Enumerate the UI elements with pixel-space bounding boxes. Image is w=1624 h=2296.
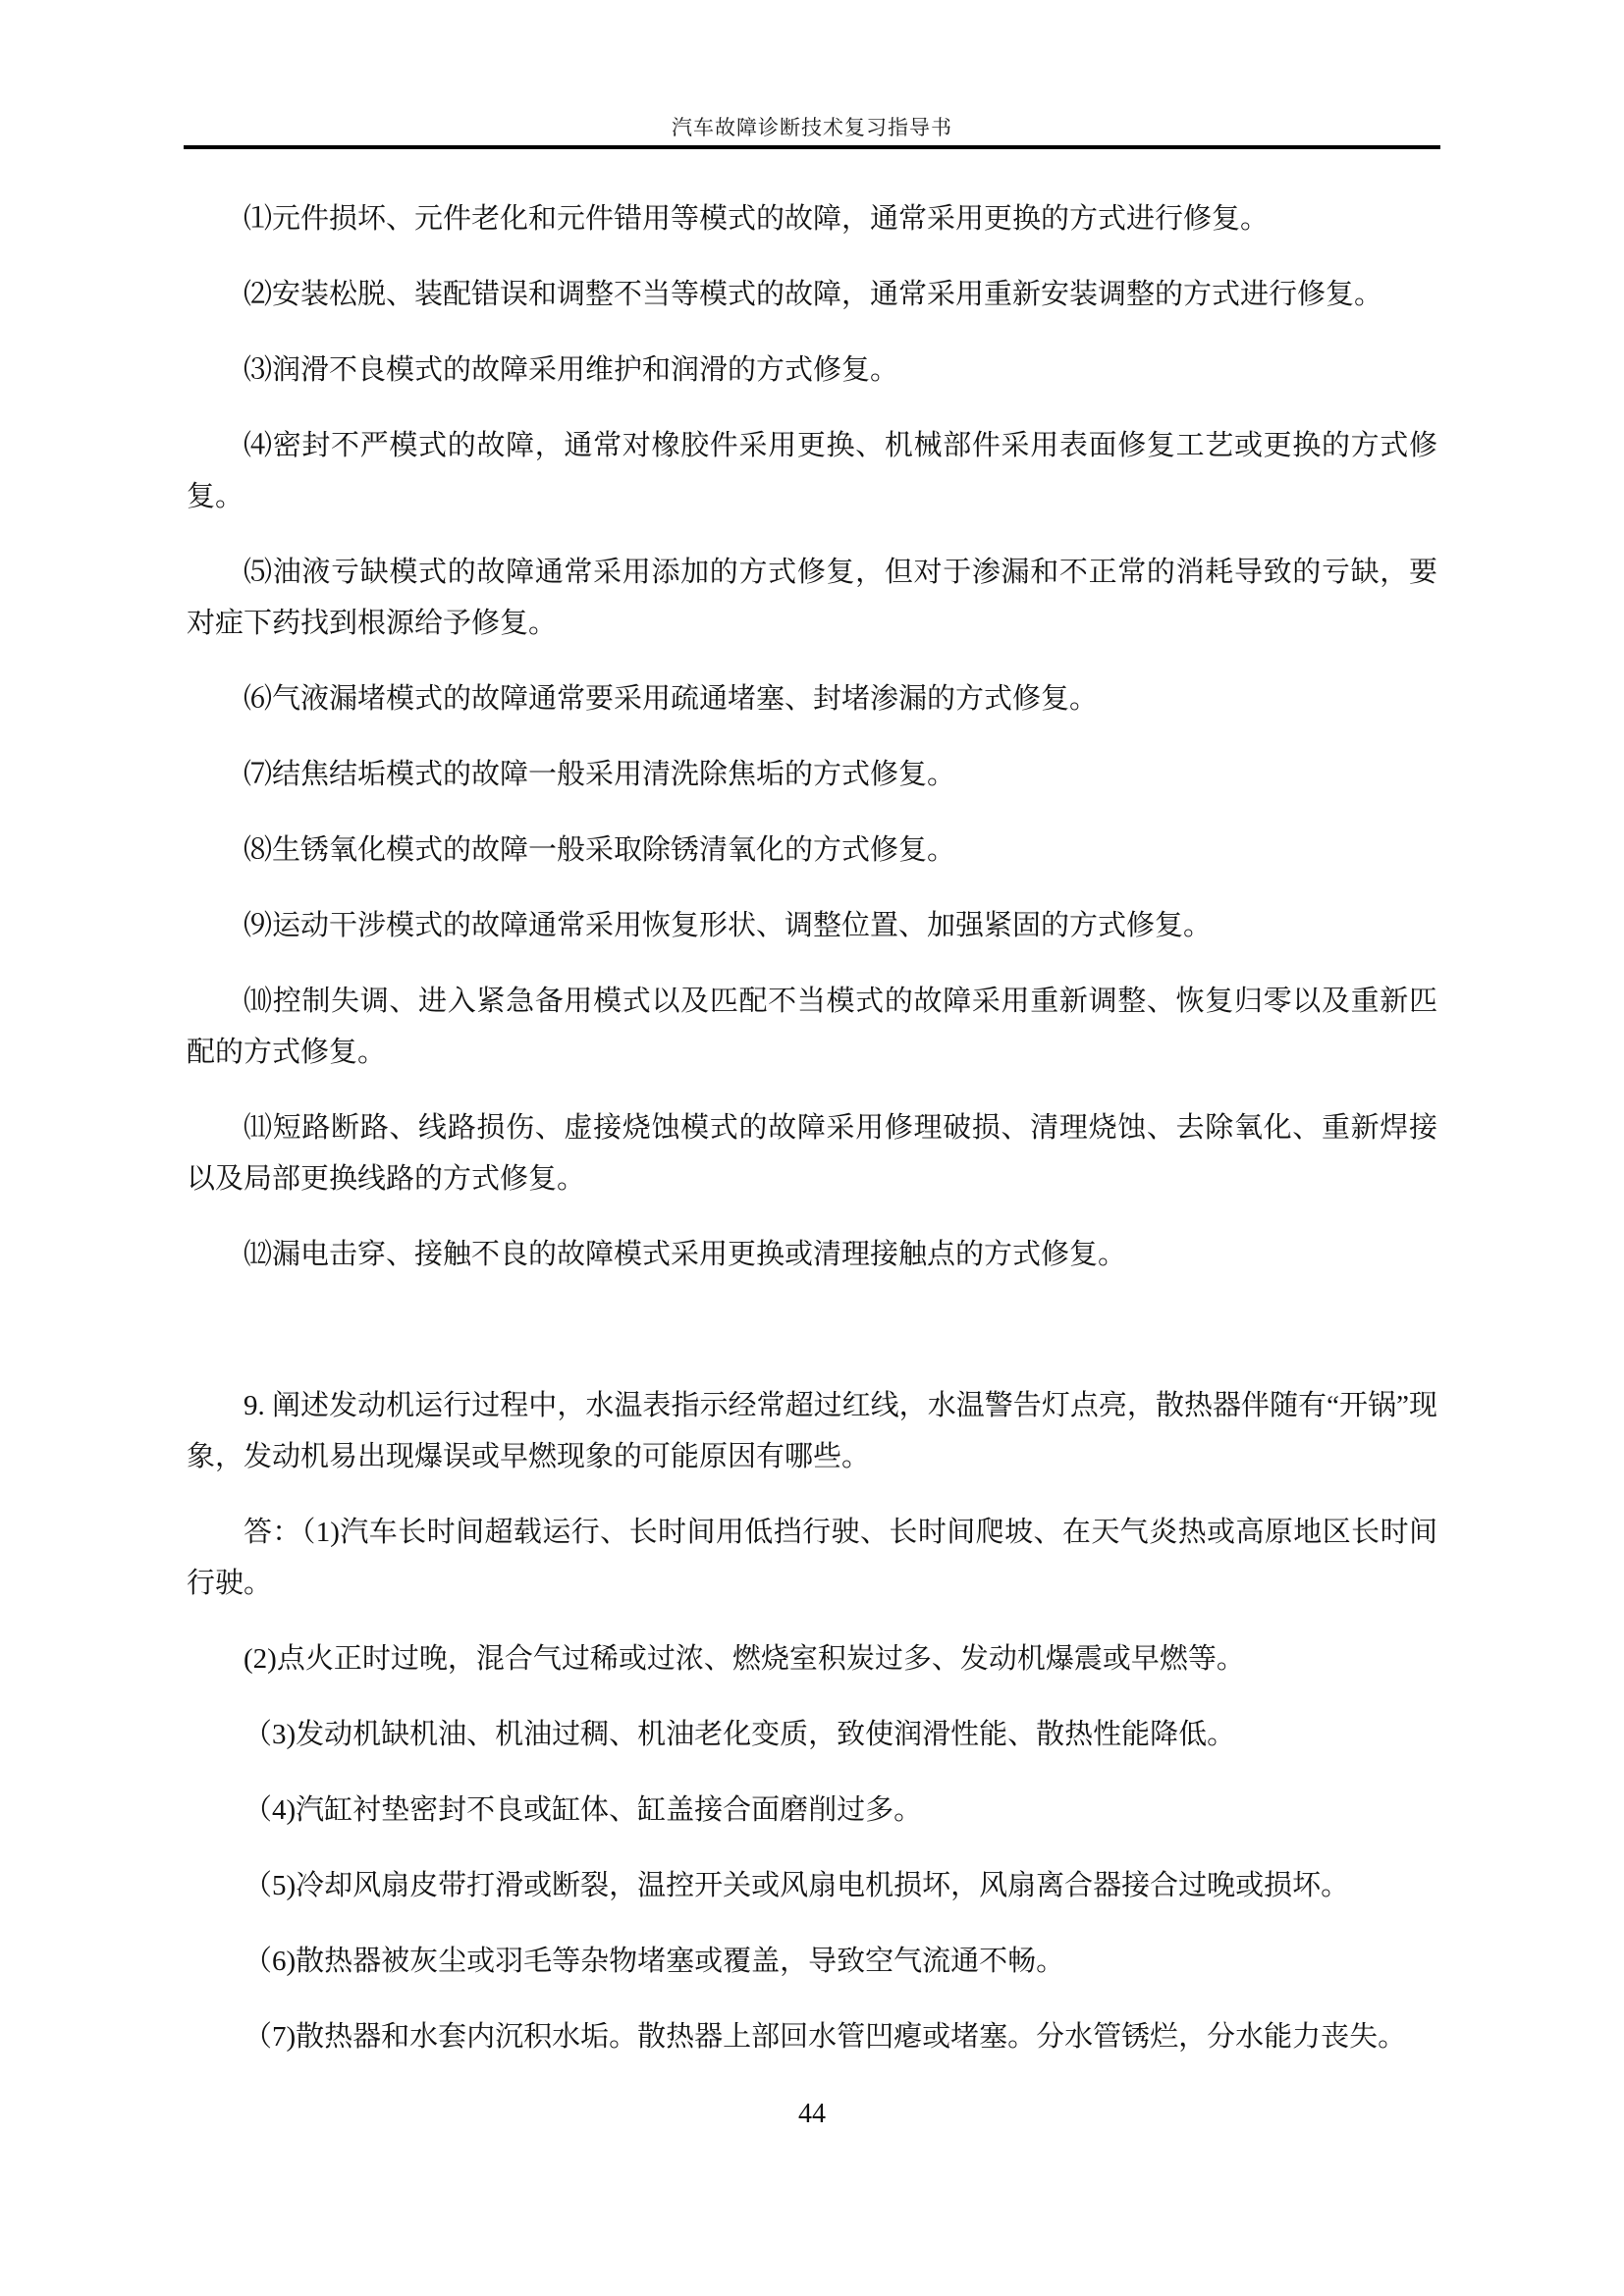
page-header: 汽车故障诊断技术复习指导书 [0,0,1624,149]
repair-item: ⑶润滑不良模式的故障采用维护和润滑的方式修复。 [187,345,1437,396]
item-text: 点火正时过晚，混合气过稀或过浓、燃烧室积炭过多、发动机爆震或早燃等。 [277,1643,1245,1675]
question-text: 阐述发动机运行过程中，水温表指示经常超过红线，水温警告灯点亮，散热器伴随有“开锅… [187,1390,1437,1472]
item-number: （6) [244,1946,296,1977]
item-number: ⑹ [244,683,272,715]
item-text: 生锈氧化模式的故障一般采取除锈清氧化的方式修复。 [272,834,955,866]
repair-item: ⑹气液漏堵模式的故障通常要采用疏通堵塞、封堵渗漏的方式修复。 [187,673,1437,724]
item-number: （4) [244,1794,296,1826]
item-number: ⑶ [244,354,272,386]
item-number: ⑸ [244,557,273,588]
item-number: ⑵ [244,279,272,310]
item-number: ⑼ [244,910,272,941]
header-title: 汽车故障诊断技术复习指导书 [0,115,1624,140]
document-page: 汽车故障诊断技术复习指导书 ⑴元件损坏、元件老化和元件错用等模式的故障，通常采用… [0,0,1624,2296]
item-text: 散热器被灰尘或羽毛等杂物堵塞或覆盖，导致空气流通不畅。 [296,1946,1064,1977]
item-number: （3) [244,1719,296,1750]
item-text: 油液亏缺模式的故障通常采用添加的方式修复，但对于渗漏和不正常的消耗导致的亏缺，要… [187,557,1437,639]
item-number: ⑿ [244,1239,272,1270]
page-content: ⑴元件损坏、元件老化和元件错用等模式的故障，通常采用更换的方式进行修复。 ⑵安装… [187,193,1437,2062]
answer-item: （7)散热器和水套内沉积水垢。散热器上部回水管凹瘪或堵塞。分水管锈烂，分水能力丧… [187,2011,1437,2062]
repair-item: ⑼运动干涉模式的故障通常采用恢复形状、调整位置、加强紧固的方式修复。 [187,900,1437,951]
item-text: 结焦结垢模式的故障一般采用清洗除焦垢的方式修复。 [272,759,955,790]
answer-item: （6)散热器被灰尘或羽毛等杂物堵塞或覆盖，导致空气流通不畅。 [187,1936,1437,1987]
repair-item: ⑾短路断路、线路损伤、虚接烧蚀模式的故障采用修理破损、清理烧蚀、去除氧化、重新焊… [187,1102,1437,1204]
item-text: 元件损坏、元件老化和元件错用等模式的故障，通常采用更换的方式进行修复。 [272,203,1269,235]
blank-line [187,1305,1437,1356]
item-text: 控制失调、进入紧急备用模式以及匹配不当模式的故障采用重新调整、恢复归零以及重新匹… [187,986,1437,1068]
answer-item: 答：（1)汽车长时间超载运行、长时间用低挡行驶、长时间爬坡、在天气炎热或高原地区… [187,1507,1437,1609]
item-number: （1) [301,1517,340,1548]
item-number: ⑾ [244,1112,273,1144]
item-number: ⑺ [244,759,272,790]
item-number: ⑻ [244,834,272,866]
repair-item: ⑺结焦结垢模式的故障一般采用清洗除焦垢的方式修复。 [187,749,1437,800]
item-number: （5) [244,1870,296,1901]
item-text: 运动干涉模式的故障通常采用恢复形状、调整位置、加强紧固的方式修复。 [272,910,1212,941]
item-text: 密封不严模式的故障，通常对橡胶件采用更换、机械部件采用表面修复工艺或更换的方式修… [187,430,1437,512]
item-number: ⑷ [244,430,273,461]
item-text: 发动机缺机油、机油过稠、机油老化变质，致使润滑性能、散热性能降低。 [296,1719,1235,1750]
repair-item: ⑵安装松脱、装配错误和调整不当等模式的故障，通常采用重新安装调整的方式进行修复。 [187,269,1437,320]
answer-item: (2)点火正时过晚，混合气过稀或过浓、燃烧室积炭过多、发动机爆震或早燃等。 [187,1633,1437,1684]
item-text: 气液漏堵模式的故障通常要采用疏通堵塞、封堵渗漏的方式修复。 [272,683,1098,715]
repair-item: ⑻生锈氧化模式的故障一般采取除锈清氧化的方式修复。 [187,825,1437,876]
item-text: 散热器和水套内沉积水垢。散热器上部回水管凹瘪或堵塞。分水管锈烂，分水能力丧失。 [296,2021,1406,2053]
item-text: 安装松脱、装配错误和调整不当等模式的故障，通常采用重新安装调整的方式进行修复。 [272,279,1382,310]
answer-item: （3)发动机缺机油、机油过稠、机油老化变质，致使润滑性能、散热性能降低。 [187,1709,1437,1760]
item-number: ⑴ [244,203,272,235]
repair-item: ⑽控制失调、进入紧急备用模式以及匹配不当模式的故障采用重新调整、恢复归零以及重新… [187,976,1437,1078]
item-text: 润滑不良模式的故障采用维护和润滑的方式修复。 [272,354,898,386]
item-text: 汽缸衬垫密封不良或缸体、缸盖接合面磨削过多。 [296,1794,922,1826]
item-text: 冷却风扇皮带打滑或断裂，温控开关或风扇电机损坏，风扇离合器接合过晚或损坏。 [296,1870,1349,1901]
repair-item: ⑿漏电击穿、接触不良的故障模式采用更换或清理接触点的方式修复。 [187,1229,1437,1280]
question-paragraph: 9. 阐述发动机运行过程中，水温表指示经常超过红线，水温警告灯点亮，散热器伴随有… [187,1380,1437,1482]
answer-item: （5)冷却风扇皮带打滑或断裂，温控开关或风扇电机损坏，风扇离合器接合过晚或损坏。 [187,1860,1437,1911]
question-number: 9. [244,1390,272,1421]
item-text: 漏电击穿、接触不良的故障模式采用更换或清理接触点的方式修复。 [272,1239,1126,1270]
item-number: ⑽ [244,986,273,1017]
item-text: 短路断路、线路损伤、虚接烧蚀模式的故障采用修理破损、清理烧蚀、去除氧化、重新焊接… [187,1112,1437,1195]
repair-item: ⑸油液亏缺模式的故障通常采用添加的方式修复，但对于渗漏和不正常的消耗导致的亏缺，… [187,547,1437,649]
item-number: （7) [244,2021,296,2053]
answer-label: 答： [244,1517,301,1548]
repair-item: ⑷密封不严模式的故障，通常对橡胶件采用更换、机械部件采用表面修复工艺或更换的方式… [187,420,1437,522]
answer-item: （4)汽缸衬垫密封不良或缸体、缸盖接合面磨削过多。 [187,1785,1437,1836]
item-number: (2) [244,1643,277,1675]
item-text: 汽车长时间超载运行、长时间用低挡行驶、长时间爬坡、在天气炎热或高原地区长时间行驶… [187,1517,1437,1599]
repair-item: ⑴元件损坏、元件老化和元件错用等模式的故障，通常采用更换的方式进行修复。 [187,193,1437,244]
header-rule [184,145,1440,149]
page-number: 44 [0,2099,1624,2130]
